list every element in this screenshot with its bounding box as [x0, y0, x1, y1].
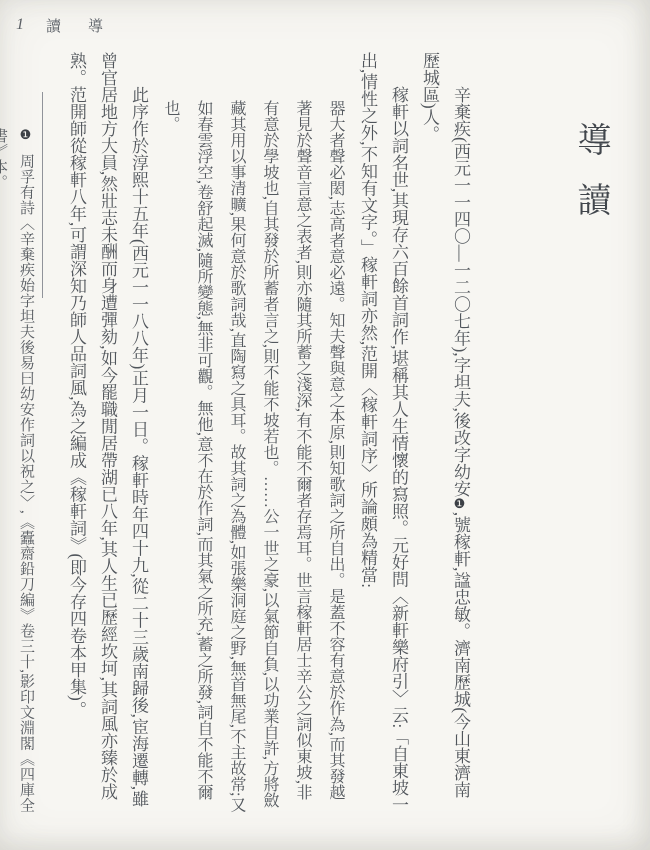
paragraph-biography: 辛棄疾(西元一一四〇—一二〇七年),字坦夫,後改字幼安❶,號稼軒,諡忠敏。濟南歷…	[414, 52, 476, 814]
page-header: 1 讀 導	[16, 14, 103, 36]
biography-text-before-note: 辛棄疾(西元一一四〇—一二〇七年),字坦夫,後改字幼安	[451, 86, 470, 497]
running-title-char-dao: 導	[88, 15, 103, 36]
book-page-scan: 1 讀 導 導讀 辛棄疾(西元一一四〇—一二〇七年),字坦夫,後改字幼安❶,號稼…	[0, 0, 650, 850]
paragraph-commentary: 此序作於淳熙十五年(西元一一八八年)正月一日。稼軒時年四十九,從二十三歲南歸後,…	[61, 52, 154, 814]
footnote-column: ❶周孚有詩〈辛棄疾始字坦夫後易曰幼安作詞以祝之〉,《蠹齋鉛刀編》卷三十,影印文淵…	[13, 128, 40, 828]
quoted-preface-jiaxuan-cixu: 器大者聲必閎,志高者意必遠。知夫聲與意之本原,則知歌詞之所自出。是蓋不容有意於作…	[154, 52, 352, 814]
section-title: 導讀	[568, 52, 612, 814]
page-number: 1	[16, 16, 24, 34]
main-text-block: 導讀 辛棄疾(西元一一四〇—一二〇七年),字坦夫,後改字幼安❶,號稼軒,諡忠敏。…	[52, 52, 612, 814]
footnote-marker: ❶	[19, 128, 34, 144]
paragraph-intro: 稼軒以詞名世,其現存六百餘首詞作,堪稱其人生情懷的寫照。元好問〈新軒樂府引〉云:…	[352, 52, 414, 814]
footnote-text: 周孚有詩〈辛棄疾始字坦夫後易曰幼安作詞以祝之〉,《蠹齋鉛刀編》卷三十,影印文淵閣…	[0, 128, 34, 813]
footnote-ref-marker: ❶	[453, 497, 468, 512]
footnote-separator-rule	[42, 92, 43, 298]
running-title-char-du: 讀	[46, 15, 61, 36]
